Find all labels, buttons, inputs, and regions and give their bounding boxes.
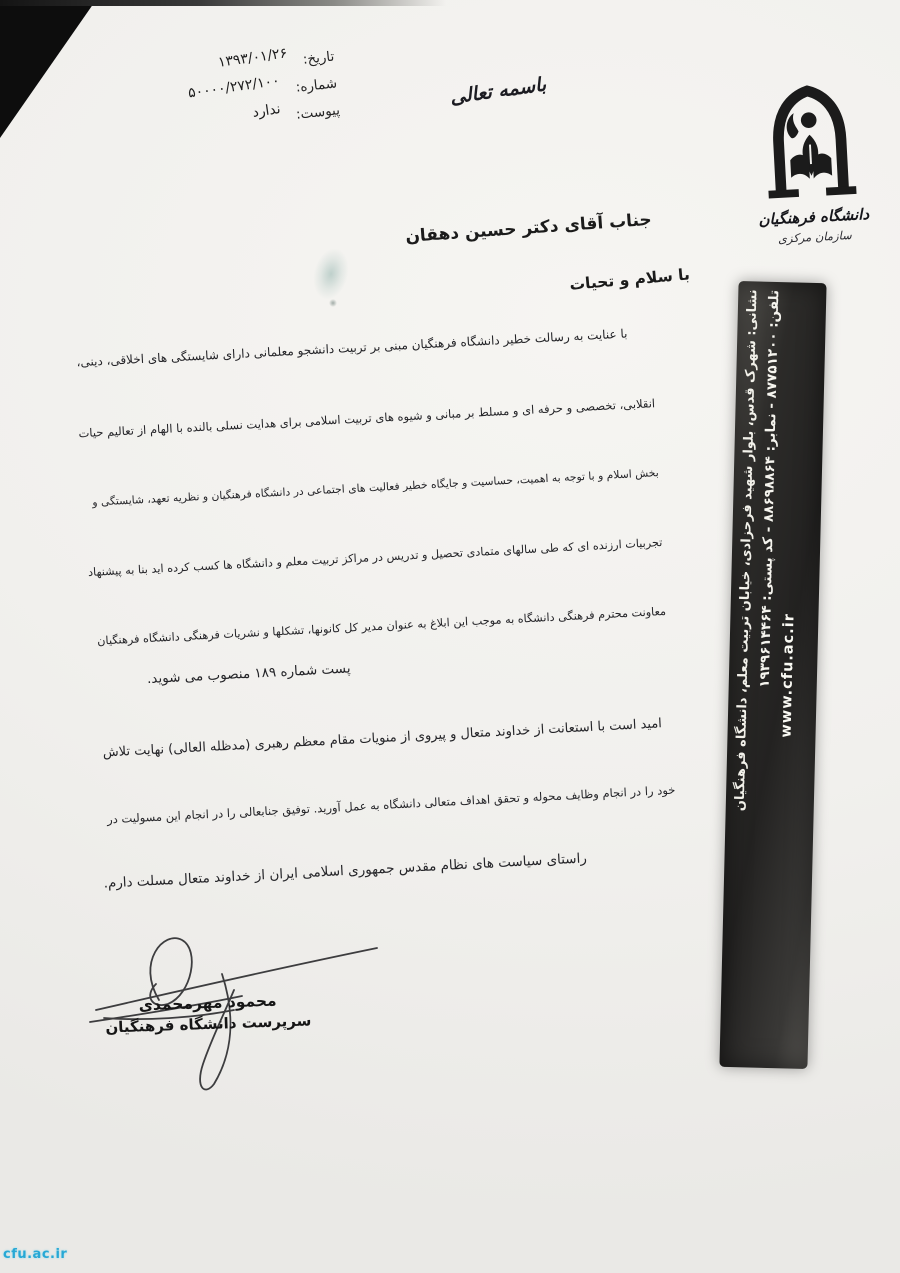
site-watermark: cfu.ac.ir bbox=[3, 1247, 67, 1262]
addressee-line: جناب آقای دکتر حسین دهقان bbox=[388, 210, 653, 248]
university-org-unit: سازمان مرکزی bbox=[742, 226, 889, 248]
scanned-letter-page: تاریخ: ۱۳۹۳/۰۱/۲۶ شماره: ۵۰۰۰۰/۲۷۲/۱۰۰ پ… bbox=[0, 0, 900, 1273]
university-emblem-icon bbox=[757, 81, 863, 208]
body-line: با عنایت به رسالت خطیر دانشگاه فرهنگیان … bbox=[74, 325, 653, 385]
body-line: راستای سیاست های نظام مقدس جمهوری اسلامی… bbox=[101, 850, 588, 905]
body-line: خود را در انجام وظایف محوله و تحقق اهداف… bbox=[98, 783, 677, 843]
body-line: امید است با استعانت از خداوند متعال و پی… bbox=[94, 716, 673, 776]
signature-block: محمود مهرمحمدی سرپرست دانشگاه فرهنگیان bbox=[101, 990, 314, 1036]
date-label: تاریخ: bbox=[302, 49, 335, 68]
body-line-appointment: پست شماره ۱۸۹ منصوب می شوید. bbox=[90, 660, 351, 704]
attachment-value: ندارد bbox=[251, 101, 281, 121]
body-line: بخش اسلام و با توجه به اهمیت، حساسیت و ج… bbox=[81, 466, 660, 526]
university-logo-block: دانشگاه فرهنگیان سازمان مرکزی bbox=[734, 80, 888, 247]
sidebar-strip-content: نشانی: شهرک قدس، بلوار شهید فرحزادی، خیا… bbox=[721, 281, 824, 1069]
attachment-label: پیوست: bbox=[295, 102, 340, 123]
signatory-title: سرپرست دانشگاه فرهنگیان bbox=[102, 1011, 314, 1036]
paper-stain-dot bbox=[329, 299, 337, 307]
paper-stain bbox=[308, 245, 354, 304]
number-label: شماره: bbox=[295, 75, 338, 95]
letterhead-sidebar-strip: نشانی: شهرک قدس، بلوار شهید فرحزادی، خیا… bbox=[719, 281, 826, 1069]
besmele-calligraphy: باسمه تعالی bbox=[427, 70, 569, 111]
body-line: انقلابی، تخصصی و حرفه ای و مسلط بر مبانی… bbox=[77, 396, 656, 456]
date-value: ۱۳۹۳/۰۱/۲۶ bbox=[217, 45, 288, 71]
body-line: تجربیات ارزنده ای که طی سالهای متمادی تح… bbox=[85, 536, 664, 596]
body-line: معاونت محترم فرهنگی دانشگاه به موجب این … bbox=[88, 605, 667, 665]
scan-top-edge-shadow bbox=[0, 0, 446, 6]
letter-body: با عنایت به رسالت خطیر دانشگاه فرهنگیان … bbox=[74, 325, 681, 914]
letter-meta-block: تاریخ: ۱۳۹۳/۰۱/۲۶ شماره: ۵۰۰۰۰/۲۷۲/۱۰۰ پ… bbox=[55, 46, 342, 156]
salutation-line: با سلام و تحیات bbox=[538, 265, 691, 296]
